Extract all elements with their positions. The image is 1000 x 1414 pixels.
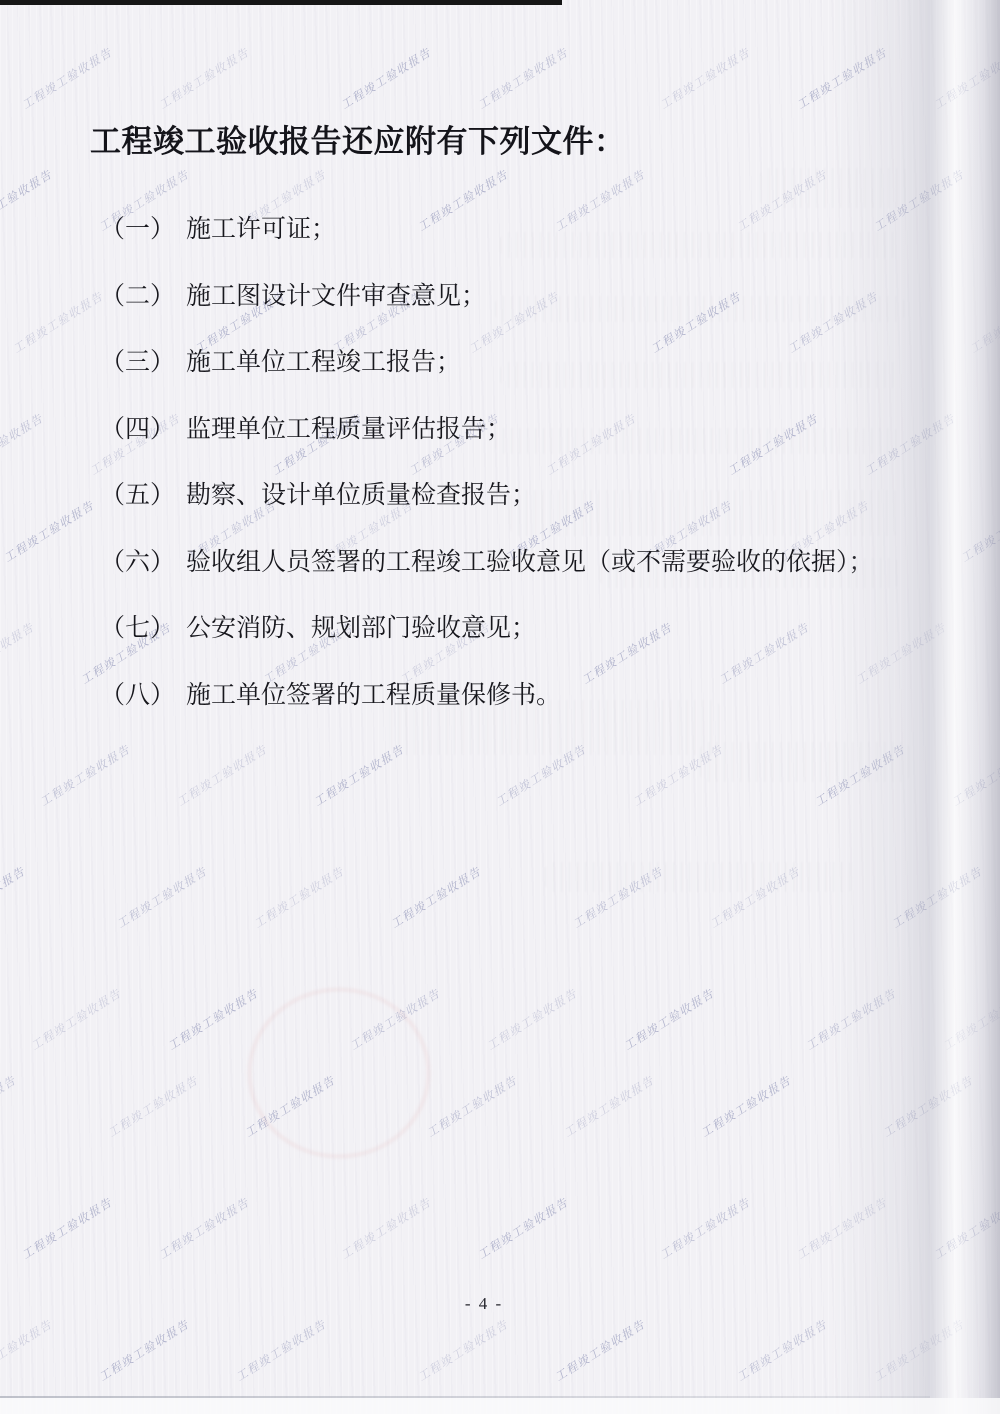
watermark-text: 工程竣工验收报告 bbox=[657, 44, 754, 113]
watermark-text: 工程竣工验收报告 bbox=[0, 410, 46, 479]
watermark-text: 工程竣工验收报告 bbox=[0, 619, 37, 688]
list-item-text: 施工单位签署的工程质量保修书。 bbox=[186, 682, 561, 709]
watermark-text: 工程竣工验收报告 bbox=[10, 288, 107, 357]
watermark-text: 工程竣工验收报告 bbox=[493, 741, 590, 810]
watermark-text: 工程竣工验收报告 bbox=[931, 44, 1000, 113]
list-item-number: （一） bbox=[100, 216, 175, 243]
watermark-text: 工程竣工验收报告 bbox=[803, 985, 900, 1054]
watermark-text: 工程竣工验收报告 bbox=[19, 44, 116, 113]
scanner-bed-area bbox=[0, 1398, 1000, 1414]
watermark-text: 工程竣工验收报告 bbox=[931, 1194, 1000, 1263]
watermark-text: 工程竣工验收报告 bbox=[0, 863, 28, 932]
watermark-text: 工程竣工验收报告 bbox=[165, 985, 262, 1054]
list-item: （六）验收组人员签署的工程竣工验收意见（或不需要验收的依据）； bbox=[100, 549, 930, 577]
list-item-number: （二） bbox=[100, 283, 175, 310]
watermark-text: 工程竣工验收报告 bbox=[28, 985, 125, 1054]
list-item-text: 公安消防、规划部门验收意见； bbox=[186, 615, 536, 642]
watermark-text: 工程竣工验收报告 bbox=[105, 1072, 202, 1141]
watermark-text: 工程竣工验收报告 bbox=[698, 1072, 795, 1141]
watermark-text: 工程竣工验收报告 bbox=[1, 497, 98, 566]
watermark-text: 工程竣工验收报告 bbox=[940, 985, 1000, 1054]
watermark-text: 工程竣工验收报告 bbox=[707, 863, 804, 932]
watermark-text: 工程竣工验收报告 bbox=[657, 1194, 754, 1263]
list-item-number: （五） bbox=[100, 482, 175, 509]
list-item-number: （六） bbox=[100, 549, 175, 576]
list-item: （二）施工图设计文件审查意见； bbox=[100, 283, 930, 311]
list-item-number: （三） bbox=[100, 349, 175, 376]
scan-edge-artifact bbox=[0, 0, 562, 5]
showthrough-mark bbox=[700, 742, 910, 782]
list-item-number: （七） bbox=[100, 615, 175, 642]
faint-stamp-impression bbox=[248, 988, 430, 1158]
watermark-text: 工程竣工验收报告 bbox=[156, 1194, 253, 1263]
watermark-text: 工程竣工验收报告 bbox=[347, 985, 444, 1054]
list-item-text: 监理单位工程质量评估报告； bbox=[186, 416, 511, 443]
watermark-text: 工程竣工验收报告 bbox=[233, 1316, 330, 1385]
watermark-text: 工程竣工验收报告 bbox=[880, 1072, 977, 1141]
watermark-text: 工程竣工验收报告 bbox=[19, 1194, 116, 1263]
list-item-number: （八） bbox=[100, 682, 175, 709]
list-item: （五）勘察、设计单位质量检查报告； bbox=[100, 482, 930, 510]
watermark-text: 工程竣工验收报告 bbox=[174, 741, 271, 810]
watermark-text: 工程竣工验收报告 bbox=[338, 1194, 435, 1263]
list-item-number: （四） bbox=[100, 416, 175, 443]
watermark-text: 工程竣工验收报告 bbox=[338, 44, 435, 113]
watermark-text: 工程竣工验收报告 bbox=[415, 1316, 512, 1385]
watermark-text: 工程竣工验收报告 bbox=[734, 1316, 831, 1385]
watermark-text: 工程竣工验收报告 bbox=[0, 166, 55, 235]
attachment-list: （一）施工许可证； （二）施工图设计文件审查意见； （三）施工单位工程竣工报告；… bbox=[100, 216, 930, 748]
watermark-text: 工程竣工验收报告 bbox=[388, 863, 485, 932]
page-title: 工程竣工验收报告还应附有下列文件： bbox=[90, 116, 626, 161]
watermark-text: 工程竣工验收报告 bbox=[242, 1072, 339, 1141]
watermark-text: 工程竣工验收报告 bbox=[561, 1072, 658, 1141]
watermark-text: 工程竣工验收报告 bbox=[621, 985, 718, 1054]
list-item: （七）公安消防、规划部门验收意见； bbox=[100, 615, 930, 643]
watermark-text: 工程竣工验收报告 bbox=[0, 1316, 55, 1385]
watermark-text: 工程竣工验收报告 bbox=[812, 741, 909, 810]
watermark-text: 工程竣工验收报告 bbox=[37, 741, 134, 810]
watermark-text: 工程竣工验收报告 bbox=[967, 288, 1000, 357]
page-number: - 4 - bbox=[0, 1294, 968, 1314]
watermark-text: 工程竣工验收报告 bbox=[424, 1072, 521, 1141]
showthrough-mark bbox=[760, 168, 910, 208]
list-item-text: 施工单位工程竣工报告； bbox=[186, 349, 461, 376]
list-item-text: 施工图设计文件审查意见； bbox=[186, 283, 486, 310]
watermark-text: 工程竣工验收报告 bbox=[552, 1316, 649, 1385]
list-item-text: 勘察、设计单位质量检查报告； bbox=[186, 482, 536, 509]
watermark-text: 工程竣工验收报告 bbox=[475, 44, 572, 113]
watermark-text: 工程竣工验收报告 bbox=[96, 1316, 193, 1385]
document-page: { "document": { "title": "工程竣工验收报告还应附有下列… bbox=[0, 0, 1000, 1414]
watermark-text: 工程竣工验收报告 bbox=[958, 497, 1000, 566]
showthrough-mark bbox=[545, 862, 855, 892]
list-item: （一）施工许可证； bbox=[100, 216, 930, 244]
list-item-text: 施工许可证； bbox=[186, 216, 336, 243]
list-item-text: 验收组人员签署的工程竣工验收意见（或不需要验收的依据）； bbox=[186, 549, 874, 576]
watermark-text: 工程竣工验收报告 bbox=[794, 44, 891, 113]
watermark-text: 工程竣工验收报告 bbox=[570, 863, 667, 932]
watermark-text: 工程竣工验收报告 bbox=[871, 1316, 968, 1385]
watermark-text: 工程竣工验收报告 bbox=[475, 1194, 572, 1263]
watermark-text: 工程竣工验收报告 bbox=[630, 741, 727, 810]
watermark-text: 工程竣工验收报告 bbox=[156, 44, 253, 113]
watermark-text: 工程竣工验收报告 bbox=[0, 1072, 19, 1141]
watermark-text: 工程竣工验收报告 bbox=[889, 863, 986, 932]
watermark-text: 工程竣工验收报告 bbox=[311, 741, 408, 810]
watermark-text: 工程竣工验收报告 bbox=[794, 1194, 891, 1263]
list-item: （八）施工单位签署的工程质量保修书。 bbox=[100, 682, 930, 710]
list-item: （四）监理单位工程质量评估报告； bbox=[100, 416, 930, 444]
watermark-text: 工程竣工验收报告 bbox=[251, 863, 348, 932]
watermark-text: 工程竣工验收报告 bbox=[114, 863, 211, 932]
watermark-text: 工程竣工验收报告 bbox=[949, 741, 1000, 810]
list-item: （三）施工单位工程竣工报告； bbox=[100, 349, 930, 377]
watermark-text: 工程竣工验收报告 bbox=[484, 985, 581, 1054]
